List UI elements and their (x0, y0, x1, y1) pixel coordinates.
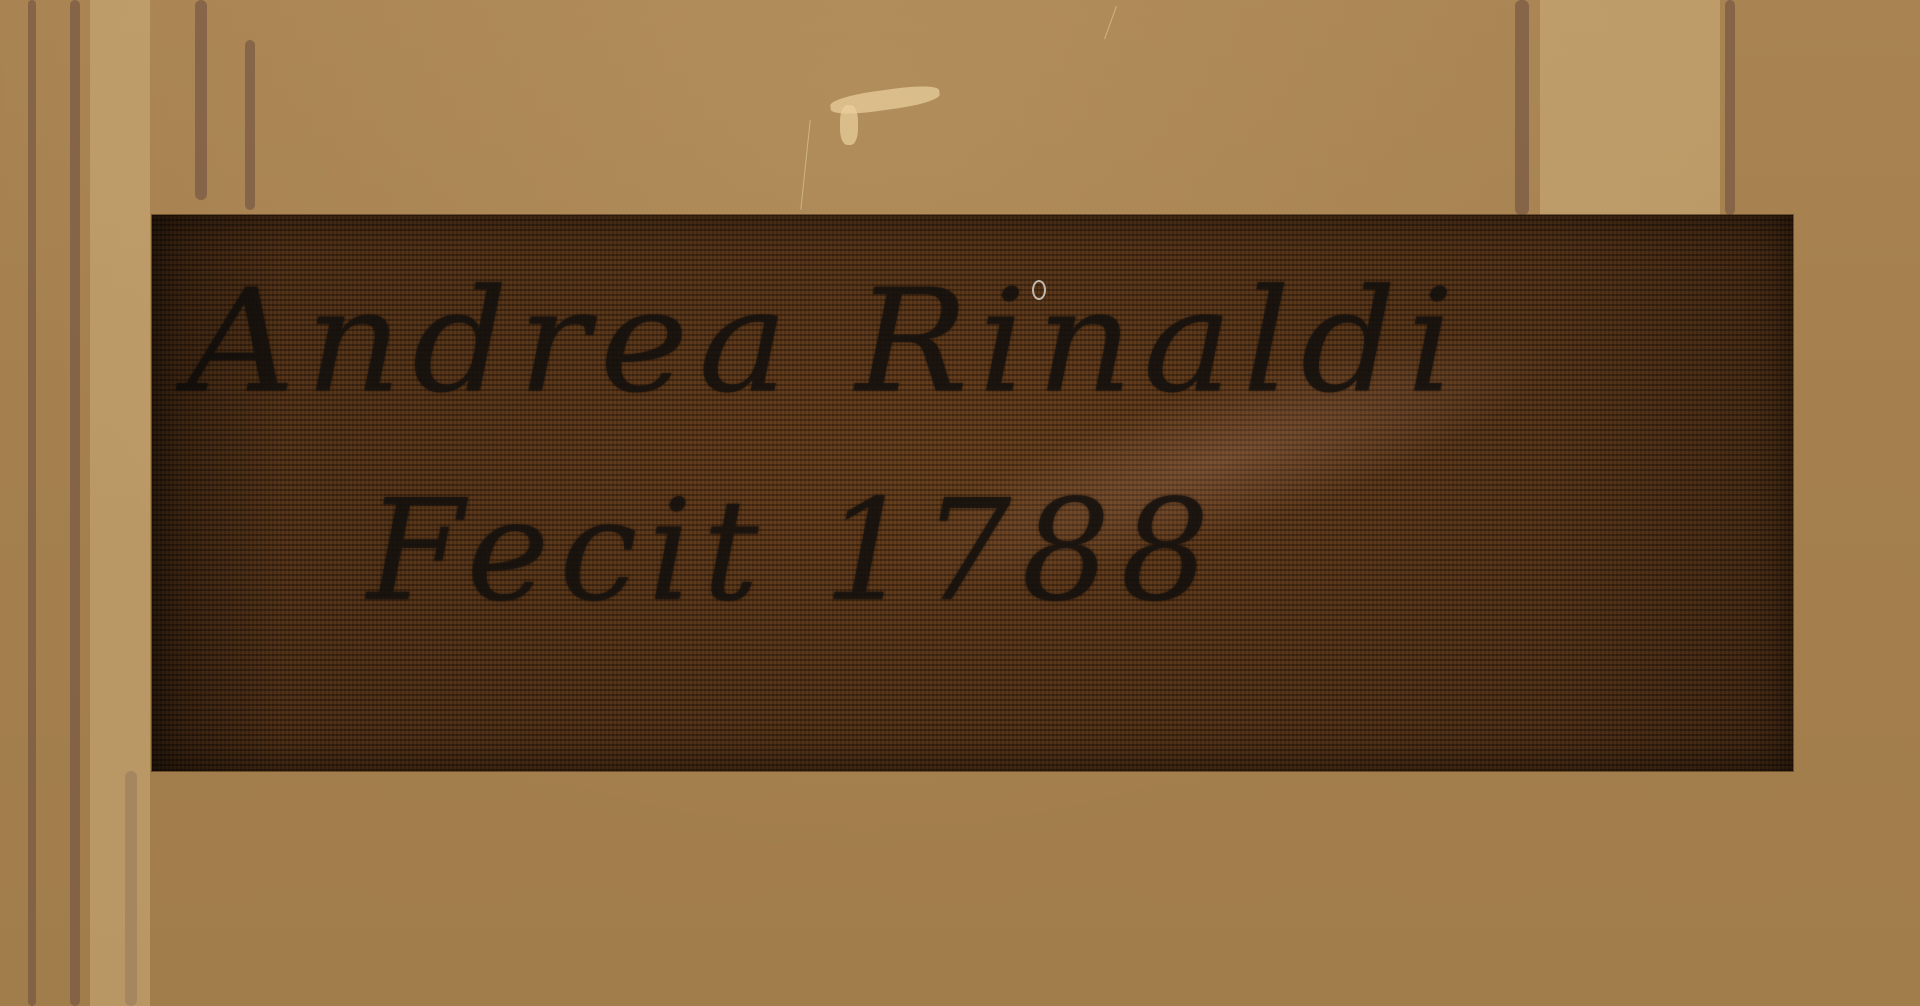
scratch (800, 120, 810, 210)
stain-streak (28, 0, 36, 1006)
light-band (90, 0, 150, 1006)
glue-stain (840, 105, 858, 145)
scratch (1104, 6, 1117, 39)
signature-date: Fecit 1788 (367, 470, 1220, 633)
stain-streak (70, 0, 80, 1006)
stain-streak (1725, 0, 1735, 215)
stain-streak (245, 40, 255, 210)
stain-streak (195, 0, 207, 200)
stain-streak (1515, 0, 1529, 215)
light-band (1540, 0, 1720, 215)
signature-name: Andrea Rinaldi (187, 259, 1464, 424)
reflection-spot (1032, 280, 1046, 300)
canvas-window: Andrea Rinaldi Fecit 1788 (152, 215, 1793, 771)
glass-glare (866, 281, 1578, 640)
